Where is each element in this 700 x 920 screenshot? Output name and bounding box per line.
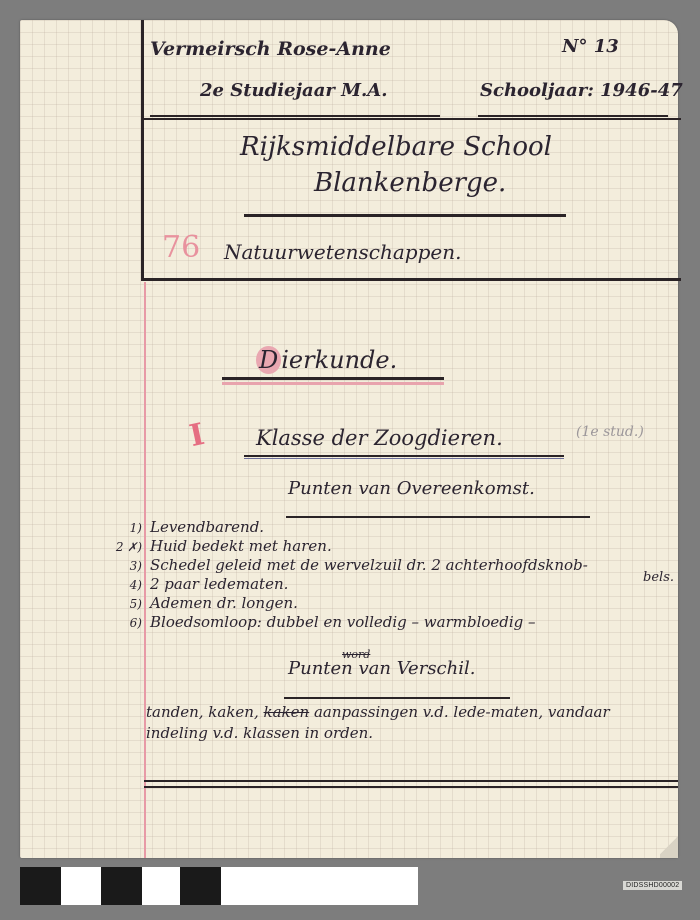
colorbar-swatch-white [61, 867, 101, 905]
scan-color-bar [20, 867, 418, 905]
colorbar-swatch-black [180, 867, 221, 905]
list-item: 1)Levendbarend. [104, 518, 664, 537]
list-item: 5)Ademen dr. longen. [104, 594, 664, 613]
class-underline [244, 455, 564, 457]
list-item: 4)2 paar ledematen. [104, 575, 664, 594]
header-box: Vermeirsch Rose-Anne N° 13 2e Studiejaar… [141, 20, 681, 281]
school-year-underline [478, 115, 668, 117]
archive-id-label: DIDSSHD00002 [623, 881, 682, 890]
title-underline [222, 377, 444, 380]
header-divider [144, 118, 681, 120]
school-year: Schooljaar: 1946-47 [480, 80, 683, 101]
colorbar-swatch-black [101, 867, 142, 905]
colorbar-swatch-white [142, 867, 180, 905]
page-corner-fold [660, 832, 678, 858]
section-numeral: I [187, 417, 208, 454]
differences-paragraph: tanden, kaken, kaken aanpassingen v.d. l… [146, 702, 676, 744]
list-item: 2 ✗)Huid bedekt met haren. [104, 537, 664, 556]
student-name: Vermeirsch Rose-Anne [150, 38, 391, 60]
end-double-rule-bottom [144, 786, 678, 788]
student-number: N° 13 [562, 36, 619, 57]
class-title: Klasse der Zoogdieren. [256, 426, 503, 450]
colorbar-swatch-white [221, 867, 418, 905]
page-title: Dierkunde. [256, 346, 397, 374]
title-rest: ierkunde. [281, 346, 397, 374]
school-town: Blankenberge. [314, 168, 506, 198]
school-underline [244, 214, 566, 217]
similarities-heading: Punten van Overeenkomst. [288, 478, 535, 499]
differences-underline [284, 697, 510, 699]
class-note: (1e stud.) [576, 424, 644, 440]
struck-text: kaken [264, 703, 310, 721]
subject-title: Natuurwetenschappen. [224, 240, 461, 264]
similarities-list: 1)Levendbarend. 2 ✗)Huid bedekt met hare… [104, 518, 664, 632]
differences-heading: Punten van Verschil. [288, 658, 475, 679]
end-double-rule-top [144, 780, 678, 782]
year-underline [150, 115, 440, 117]
notebook-page: Vermeirsch Rose-Anne N° 13 2e Studiejaar… [20, 20, 678, 858]
grade-mark: 76 [162, 230, 200, 265]
school-name: Rijksmiddelbare School [240, 132, 552, 162]
colorbar-swatch-black [20, 867, 61, 905]
list-item: 6)Bloedsomloop: dubbel en volledig – war… [104, 613, 664, 632]
class-underline-blue [244, 458, 564, 459]
title-initial: D [256, 346, 281, 374]
year-class: 2e Studiejaar M.A. [200, 80, 388, 101]
list-item: 3)Schedel geleid met de wervelzuil dr. 2… [104, 556, 664, 575]
title-underline-red [222, 382, 444, 385]
